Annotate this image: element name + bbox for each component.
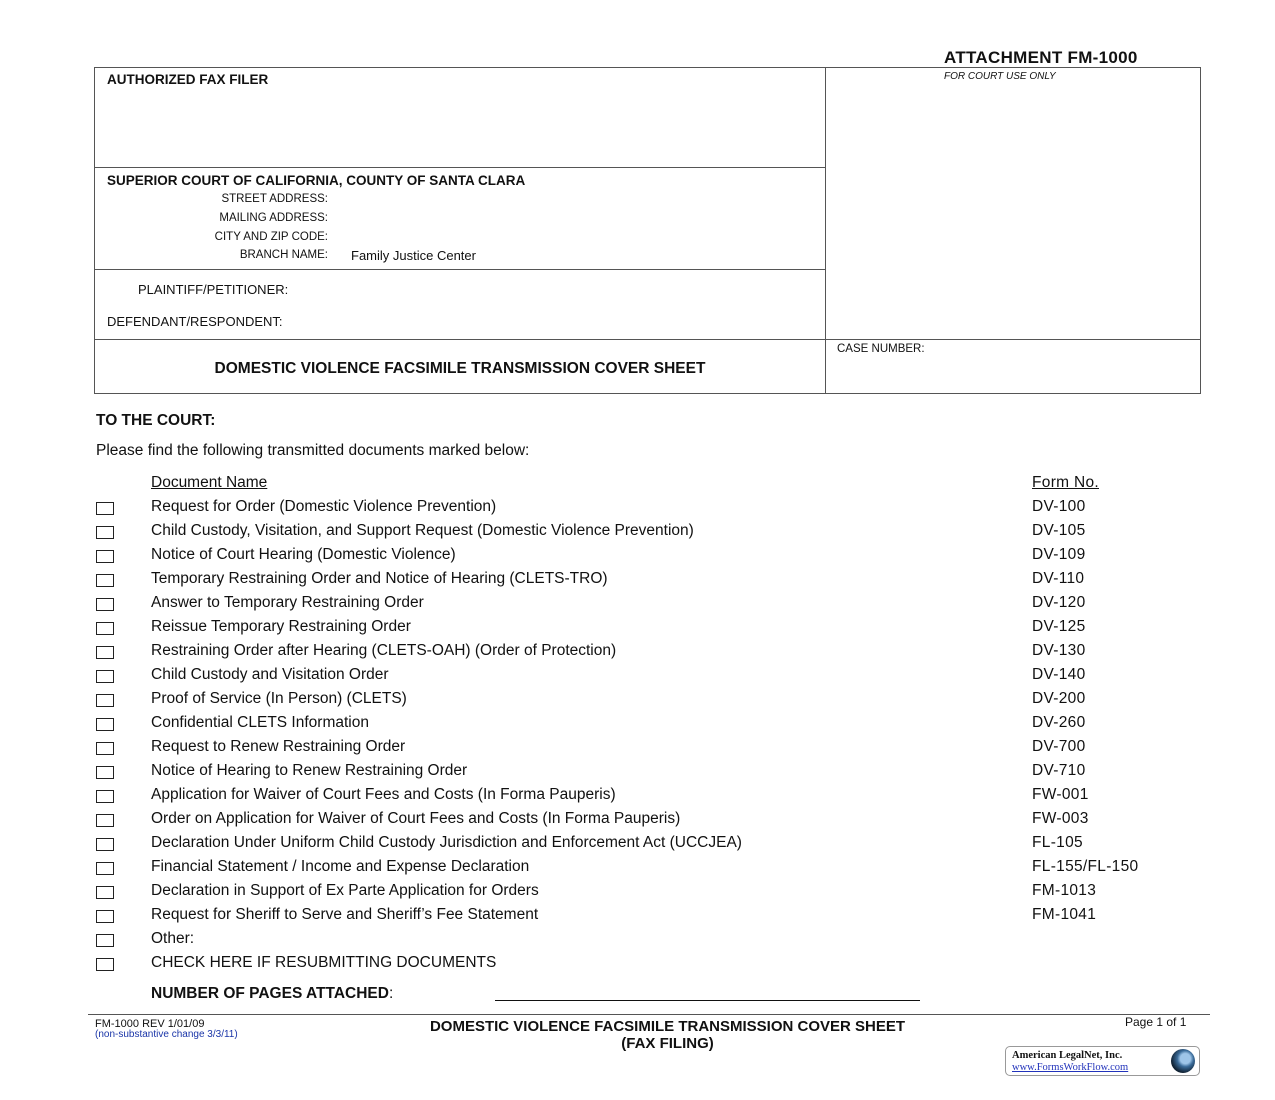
divider	[94, 167, 826, 168]
globe-logo-icon	[1171, 1049, 1195, 1073]
footer-title-line1: DOMESTIC VIOLENCE FACSIMILE TRANSMISSION…	[300, 1018, 1035, 1035]
pages-attached-field[interactable]	[495, 1000, 920, 1001]
document-name: Request to Renew Restraining Order	[151, 738, 405, 756]
document-checkbox[interactable]	[96, 622, 114, 635]
document-name: Request for Sheriff to Serve and Sheriff…	[151, 906, 538, 924]
document-row: Notice of Hearing to Renew Restraining O…	[96, 762, 1216, 784]
instructions-text: Please find the following transmitted do…	[96, 442, 529, 460]
document-row: Request to Renew Restraining OrderDV-700	[96, 738, 1216, 760]
form-number: DV-700	[1032, 738, 1086, 756]
document-name: Application for Waiver of Court Fees and…	[151, 786, 616, 804]
document-name: Reissue Temporary Restraining Order	[151, 618, 411, 636]
document-checkbox[interactable]	[96, 670, 114, 683]
document-checkbox[interactable]	[96, 502, 114, 515]
document-name: Notice of Court Hearing (Domestic Violen…	[151, 546, 456, 564]
document-checkbox[interactable]	[96, 718, 114, 731]
form-number: FW-003	[1032, 810, 1089, 828]
form-number: FL-155/FL-150	[1032, 858, 1138, 876]
column-divider	[825, 67, 826, 394]
document-checkbox[interactable]	[96, 958, 114, 971]
document-name: Proof of Service (In Person) (CLETS)	[151, 690, 407, 708]
form-number: DV-109	[1032, 546, 1086, 564]
form-number: DV-710	[1032, 762, 1086, 780]
form-number: DV-200	[1032, 690, 1086, 708]
pages-attached-label: NUMBER OF PAGES ATTACHED:	[151, 985, 393, 1003]
pages-attached-text: NUMBER OF PAGES ATTACHED	[151, 985, 389, 1002]
form-no-header: Form No.	[1032, 474, 1099, 492]
form-number: DV-105	[1032, 522, 1086, 540]
document-row: Proof of Service (In Person) (CLETS)DV-2…	[96, 690, 1216, 712]
document-row: Request for Sheriff to Serve and Sheriff…	[96, 906, 1216, 928]
court-name: SUPERIOR COURT OF CALIFORNIA, COUNTY OF …	[107, 173, 525, 188]
document-row: CHECK HERE IF RESUBMITTING DOCUMENTS	[96, 954, 1216, 976]
document-row: Declaration in Support of Ex Parte Appli…	[96, 882, 1216, 904]
form-number: FM-1041	[1032, 906, 1096, 924]
street-address-label: STREET ADDRESS:	[102, 193, 328, 205]
form-number: DV-140	[1032, 666, 1086, 684]
branch-name-label: BRANCH NAME:	[102, 249, 328, 261]
footer-title-line2: (FAX FILING)	[300, 1035, 1035, 1052]
document-checkbox[interactable]	[96, 742, 114, 755]
document-name: Request for Order (Domestic Violence Pre…	[151, 498, 496, 516]
document-checkbox[interactable]	[96, 550, 114, 563]
document-checkbox[interactable]	[96, 838, 114, 851]
document-name: Child Custody and Visitation Order	[151, 666, 389, 684]
filer-field[interactable]	[100, 92, 820, 162]
document-checkbox[interactable]	[96, 646, 114, 659]
form-number: DV-100	[1032, 498, 1086, 516]
attachment-title: ATTACHMENT FM-1000	[944, 48, 1138, 68]
document-name: Child Custody, Visitation, and Support R…	[151, 522, 694, 540]
document-row: Application for Waiver of Court Fees and…	[96, 786, 1216, 808]
case-number-label: CASE NUMBER:	[837, 343, 925, 355]
document-checkbox[interactable]	[96, 574, 114, 587]
document-name-header: Document Name	[151, 474, 267, 492]
filer-label: AUTHORIZED FAX FILER	[107, 72, 268, 87]
document-name: Notice of Hearing to Renew Restraining O…	[151, 762, 467, 780]
document-checkbox[interactable]	[96, 694, 114, 707]
document-checkbox[interactable]	[96, 766, 114, 779]
case-number-field[interactable]	[835, 358, 1195, 390]
page-number: Page 1 of 1	[1125, 1015, 1186, 1029]
divider	[94, 339, 1201, 340]
document-checkbox[interactable]	[96, 910, 114, 923]
form-title: DOMESTIC VIOLENCE FACSIMILE TRANSMISSION…	[94, 360, 826, 378]
change-note: (non-substantive change 3/3/11)	[95, 1029, 238, 1040]
footer-title: DOMESTIC VIOLENCE FACSIMILE TRANSMISSION…	[300, 1018, 1035, 1052]
pages-attached-colon: :	[389, 985, 393, 1002]
document-checkbox[interactable]	[96, 886, 114, 899]
document-checkbox[interactable]	[96, 526, 114, 539]
form-number: DV-110	[1032, 570, 1084, 588]
document-name: Restraining Order after Hearing (CLETS-O…	[151, 642, 616, 660]
form-number: DV-260	[1032, 714, 1086, 732]
form-number: FW-001	[1032, 786, 1089, 804]
document-row: Order on Application for Waiver of Court…	[96, 810, 1216, 832]
form-number: FL-105	[1032, 834, 1083, 852]
document-row: Notice of Court Hearing (Domestic Violen…	[96, 546, 1216, 568]
document-row: Other:	[96, 930, 1216, 952]
document-checkbox[interactable]	[96, 790, 114, 803]
branch-name-value: Family Justice Center	[351, 248, 476, 263]
document-row: Confidential CLETS InformationDV-260	[96, 714, 1216, 736]
form-number: DV-130	[1032, 642, 1086, 660]
document-name: Temporary Restraining Order and Notice o…	[151, 570, 608, 588]
document-name: Financial Statement / Income and Expense…	[151, 858, 529, 876]
document-row: Child Custody, Visitation, and Support R…	[96, 522, 1216, 544]
city-zip-label: CITY AND ZIP CODE:	[102, 231, 328, 243]
plaintiff-label: PLAINTIFF/PETITIONER:	[138, 282, 288, 297]
form-number: DV-120	[1032, 594, 1086, 612]
divider	[94, 269, 826, 270]
footer-divider	[88, 1014, 1210, 1015]
defendant-label: DEFENDANT/RESPONDENT:	[107, 314, 283, 329]
document-checkbox[interactable]	[96, 598, 114, 611]
document-row: Temporary Restraining Order and Notice o…	[96, 570, 1216, 592]
to-the-court-heading: TO THE COURT:	[96, 412, 215, 430]
document-name: Other:	[151, 930, 194, 948]
document-name: Confidential CLETS Information	[151, 714, 369, 732]
document-name: Order on Application for Waiver of Court…	[151, 810, 680, 828]
document-checkbox[interactable]	[96, 814, 114, 827]
vendor-name: American LegalNet, Inc.	[1012, 1050, 1122, 1061]
document-checkbox[interactable]	[96, 862, 114, 875]
document-row: Child Custody and Visitation OrderDV-140	[96, 666, 1216, 688]
document-row: Declaration Under Uniform Child Custody …	[96, 834, 1216, 856]
document-checkbox[interactable]	[96, 934, 114, 947]
document-name: Answer to Temporary Restraining Order	[151, 594, 424, 612]
document-row: Restraining Order after Hearing (CLETS-O…	[96, 642, 1216, 664]
form-number: DV-125	[1032, 618, 1086, 636]
court-use-caption: FOR COURT USE ONLY	[944, 71, 1056, 82]
vendor-link[interactable]: www.FormsWorkFlow.com	[1012, 1062, 1128, 1073]
document-row: Reissue Temporary Restraining OrderDV-12…	[96, 618, 1216, 640]
document-row: Request for Order (Domestic Violence Pre…	[96, 498, 1216, 520]
document-name: Declaration in Support of Ex Parte Appli…	[151, 882, 539, 900]
mailing-address-label: MAILING ADDRESS:	[102, 212, 328, 224]
vendor-badge[interactable]: American LegalNet, Inc. www.FormsWorkFlo…	[1005, 1046, 1200, 1076]
form-number: FM-1013	[1032, 882, 1096, 900]
document-name: Declaration Under Uniform Child Custody …	[151, 834, 742, 852]
document-row: Financial Statement / Income and Expense…	[96, 858, 1216, 880]
document-name: CHECK HERE IF RESUBMITTING DOCUMENTS	[151, 954, 496, 972]
document-row: Answer to Temporary Restraining OrderDV-…	[96, 594, 1216, 616]
